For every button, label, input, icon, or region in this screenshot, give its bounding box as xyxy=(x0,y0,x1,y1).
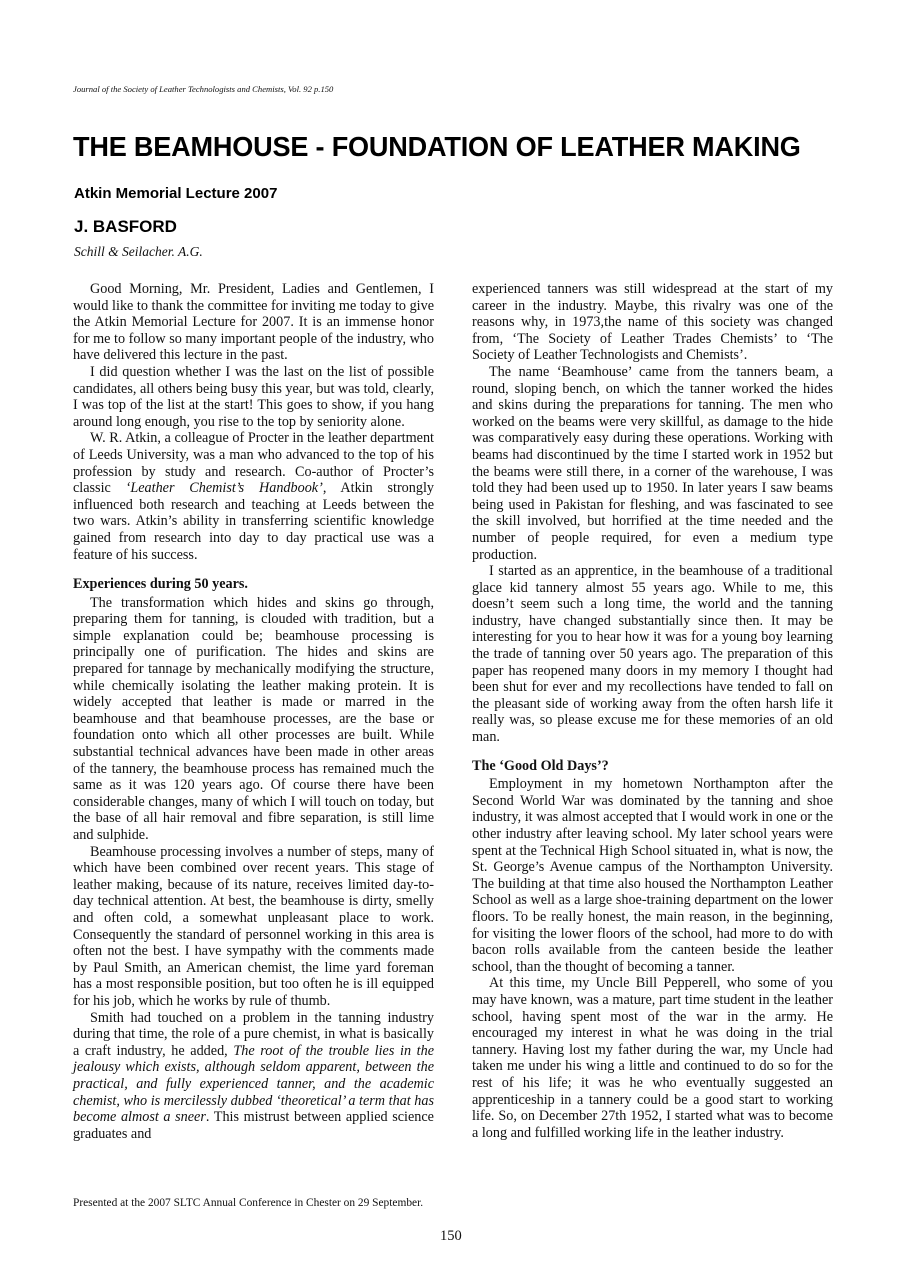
author-affiliation: Schill & Seilacher. A.G. xyxy=(74,244,203,260)
paragraph: I started as an apprentice, in the beamh… xyxy=(472,563,833,746)
book-title-italic: ‘Leather Chemist’s Handbook’ xyxy=(126,480,323,496)
paragraph: experienced tanners was still widespread… xyxy=(472,281,833,364)
right-column: experienced tanners was still widespread… xyxy=(472,281,833,1141)
section-heading: The ‘Good Old Days’? xyxy=(472,758,833,775)
paragraph: I did question whether I was the last on… xyxy=(73,364,434,430)
paragraph: The transformation which hides and skins… xyxy=(73,595,434,844)
paragraph: Employment in my hometown Northampton af… xyxy=(472,776,833,975)
paragraph: W. R. Atkin, a colleague of Procter in t… xyxy=(73,430,434,563)
article-title: THE BEAMHOUSE - FOUNDATION OF LEATHER MA… xyxy=(73,131,801,163)
left-column: Good Morning, Mr. President, Ladies and … xyxy=(73,281,434,1142)
running-head: Journal of the Society of Leather Techno… xyxy=(73,84,333,94)
author-name: J. BASFORD xyxy=(74,217,177,237)
section-heading: Experiences during 50 years. xyxy=(73,576,434,593)
footnote: Presented at the 2007 SLTC Annual Confer… xyxy=(73,1197,434,1210)
paragraph: Beamhouse processing involves a number o… xyxy=(73,844,434,1010)
paragraph: Good Morning, Mr. President, Ladies and … xyxy=(73,281,434,364)
journal-page: Journal of the Society of Leather Techno… xyxy=(0,0,901,1280)
paragraph: Smith had touched on a problem in the ta… xyxy=(73,1010,434,1143)
article-subtitle: Atkin Memorial Lecture 2007 xyxy=(74,185,277,202)
paragraph: The name ‘Beamhouse’ came from the tanne… xyxy=(472,364,833,563)
paragraph: At this time, my Uncle Bill Pepperell, w… xyxy=(472,975,833,1141)
page-number: 150 xyxy=(440,1228,462,1245)
